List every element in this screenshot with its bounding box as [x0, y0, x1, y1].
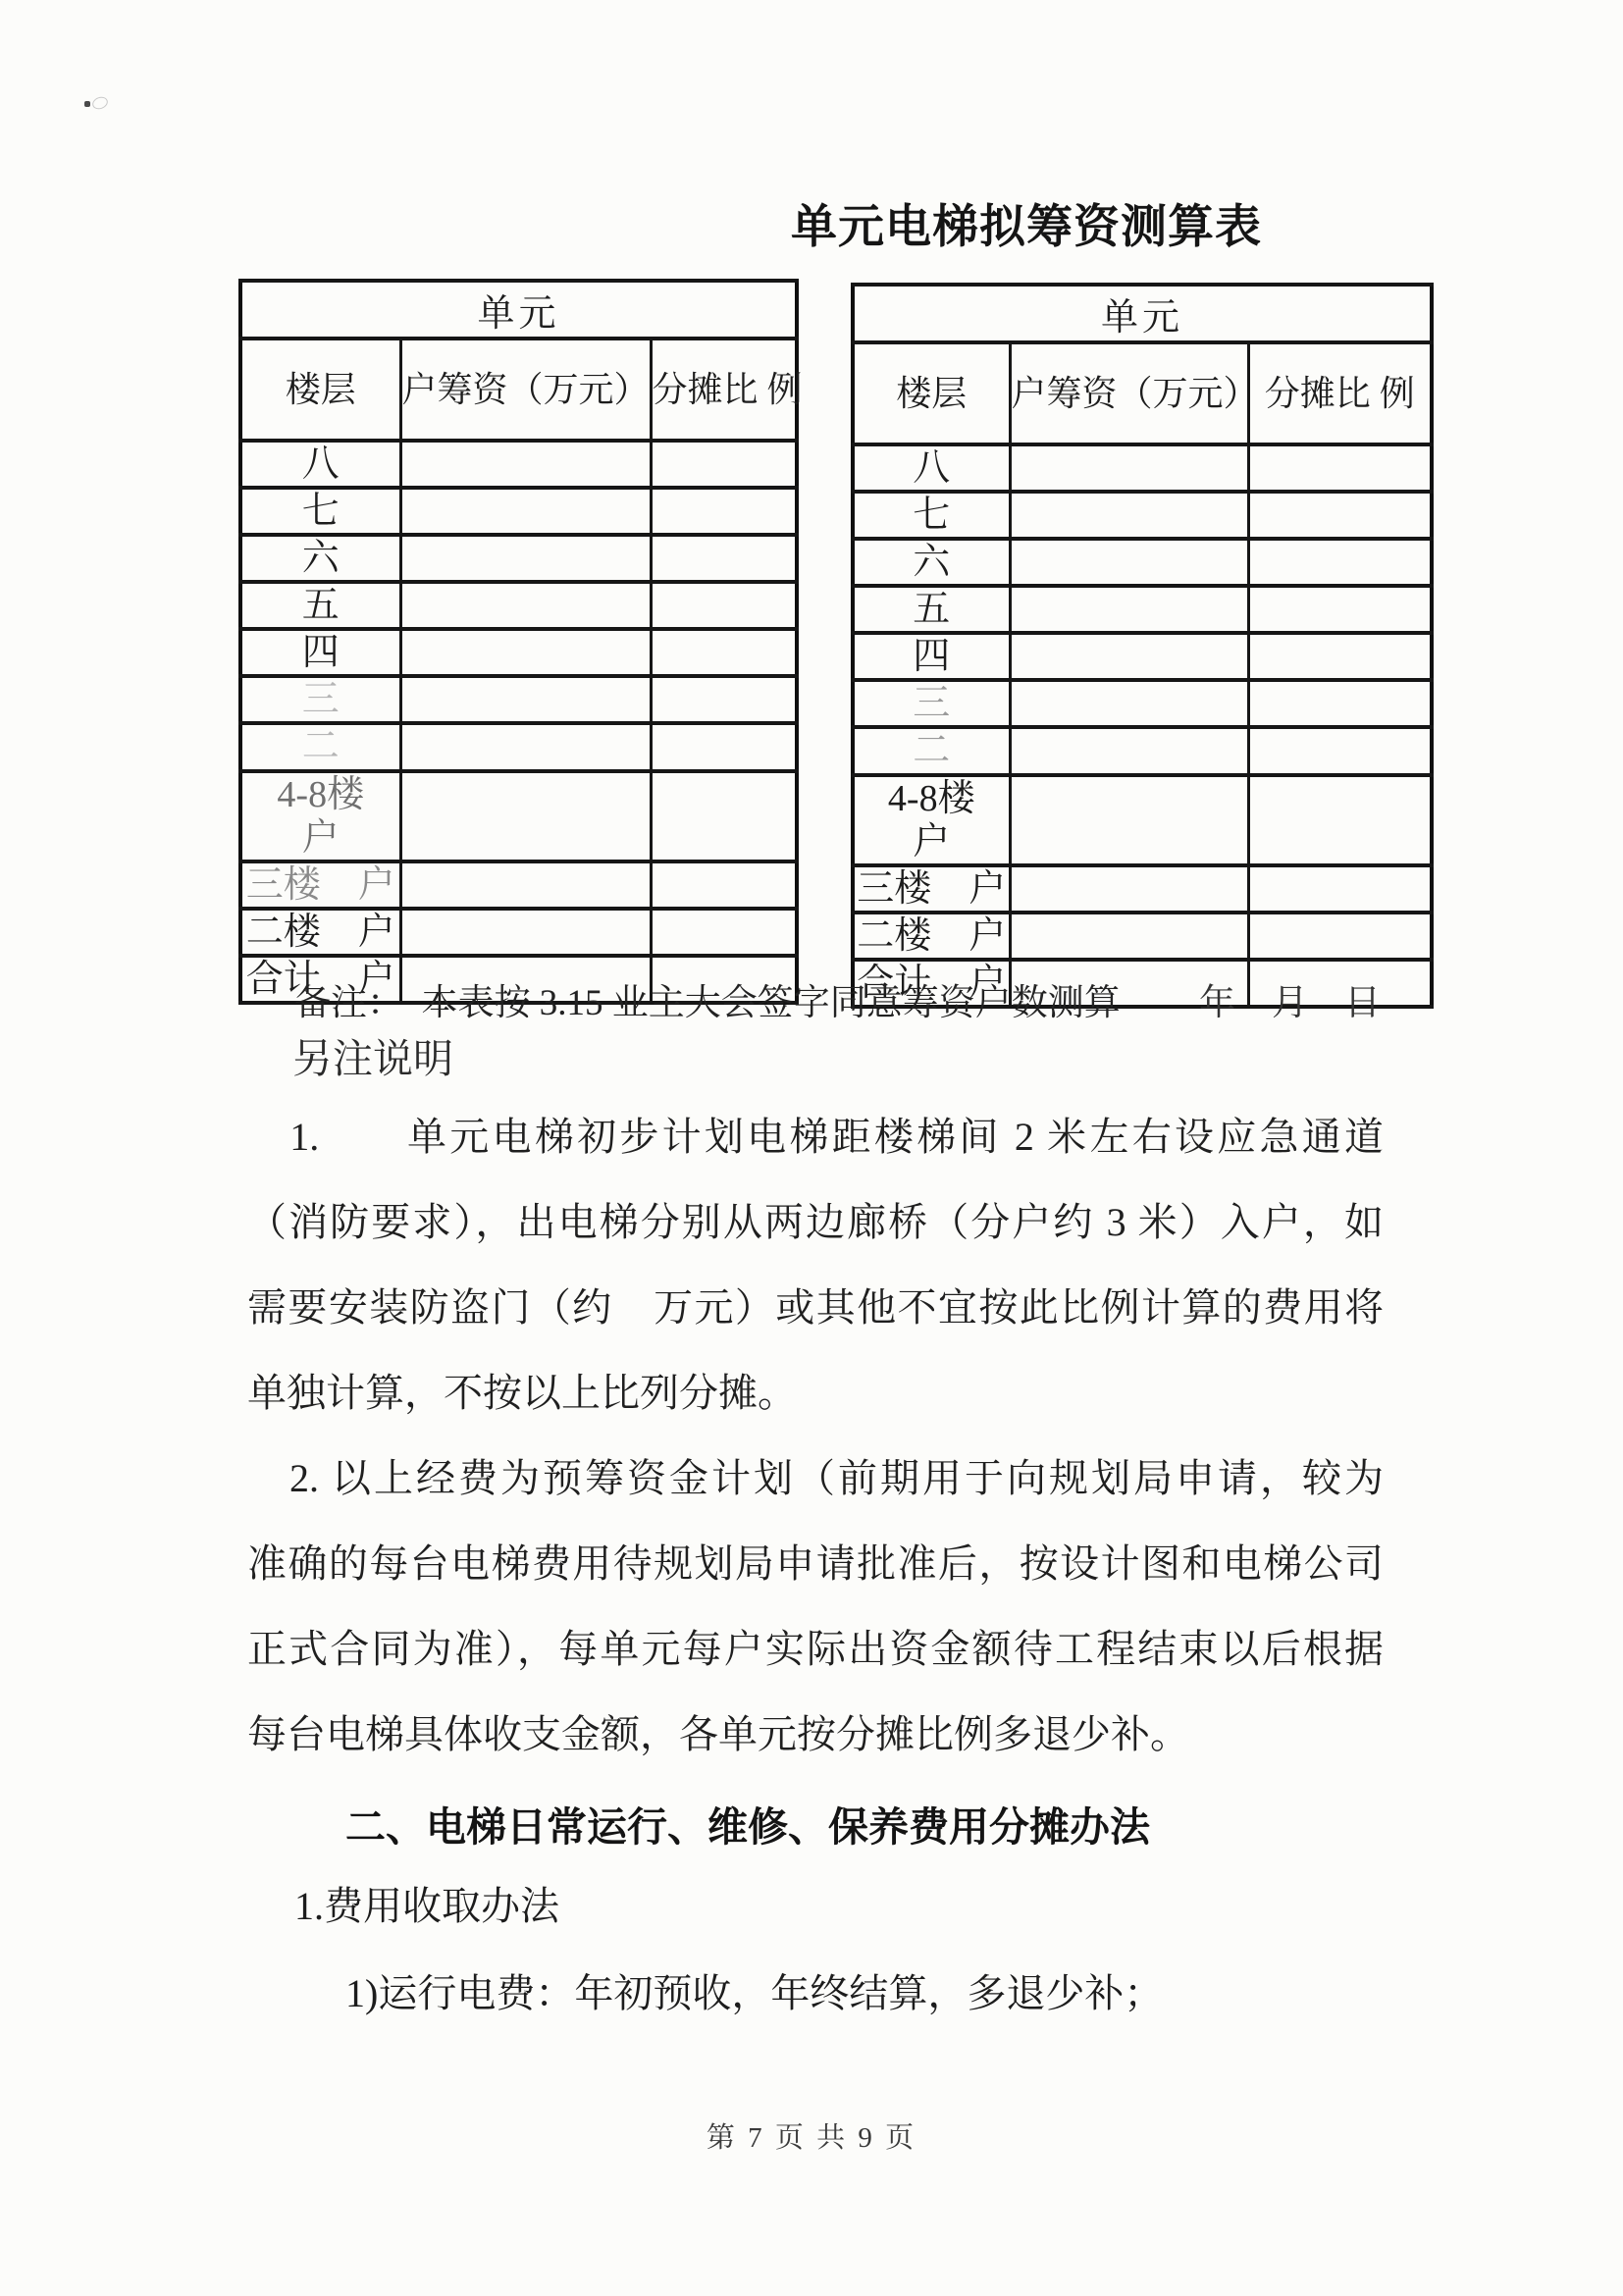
amount-cell — [400, 629, 651, 676]
ratio-cell — [651, 488, 797, 535]
floor-label-cell: 七 — [853, 492, 1010, 539]
amount-cell — [400, 441, 651, 488]
amount-cell — [400, 771, 651, 861]
electricity-fee-line: 1)运行电费：年初预收，年终结算，多退少补； — [345, 1962, 1163, 2018]
fee-collection-method-heading: 1.费用收取办法 — [294, 1875, 559, 1931]
table-row: 二 — [853, 727, 1432, 774]
amount-cell — [1010, 727, 1248, 774]
floor-label-cell: 四 — [240, 629, 400, 676]
floor-label-cell: 三 — [853, 680, 1010, 727]
floor-label-cell: 二 — [853, 727, 1010, 774]
amount-cell — [1010, 444, 1248, 492]
table-body: 八 七 六 五 四 三 — [240, 441, 797, 1003]
amount-cell — [400, 535, 651, 582]
page-title: 单元电梯拟筹资测算表 — [791, 200, 1262, 255]
table-row: 八 — [853, 444, 1432, 492]
remark-line: 备注： 本表按 3.15 业主大会签字同意筹资户数测算 — [294, 972, 1121, 1025]
amount-cell — [1010, 680, 1248, 727]
floor-label-cell: 五 — [240, 582, 400, 629]
table-row: 四 — [853, 633, 1432, 680]
amount-cell — [1010, 492, 1248, 539]
floor-label-cell: 二楼 户 — [240, 909, 400, 956]
ratio-column-header: 分摊比 例 — [1248, 342, 1432, 444]
ratio-cell — [1248, 586, 1432, 633]
table-row: 七 — [240, 488, 797, 535]
amount-cell — [1010, 539, 1248, 586]
floor-label-cell: 五 — [853, 586, 1010, 633]
document-page: 单元电梯拟筹资测算表 单元 楼层 户筹资（万元） 分摊比 例 八 七 — [0, 0, 1623, 2296]
section-2-heading: 二、电梯日常运行、维修、保养费用分摊办法 — [345, 1795, 1150, 1852]
table-row: 六 — [853, 539, 1432, 586]
amount-cell — [1010, 633, 1248, 680]
page-number: 第 7 页 共 9 页 — [0, 2115, 1623, 2156]
floor-label-cell: 二 — [240, 723, 400, 770]
floor-column-header: 楼层 — [240, 339, 400, 441]
ratio-cell — [651, 861, 797, 909]
amount-cell — [1010, 586, 1248, 633]
ratio-cell — [1248, 444, 1432, 492]
text-line: 每台电梯具体收支金额，各单元按分摊比例多退少补。 — [247, 1692, 1384, 1777]
table-row: 八 — [240, 441, 797, 488]
floor-label-cell: 4-8楼 户 — [240, 771, 400, 861]
floor-label-cell: 七 — [240, 488, 400, 535]
text-line: 1. 单元电梯初步计划电梯距楼梯间 2 米左右设应急通道 — [247, 1094, 1384, 1179]
amount-column-header: 户筹资（万元） — [400, 339, 651, 441]
unit-header-row: 单元 — [240, 281, 797, 339]
floor-label-cell: 三 — [240, 676, 400, 723]
ratio-cell — [1248, 913, 1432, 960]
note-paragraph-2: 2. 以上经费为预筹资金计划（前期用于向规划局申请，较为 准确的每台电梯费用待规… — [247, 1435, 1384, 1777]
remark-date: 年 月 日 — [1199, 972, 1381, 1025]
ratio-cell — [1248, 492, 1432, 539]
ratio-cell — [651, 771, 797, 861]
amount-cell — [400, 861, 651, 909]
table-row: 五 — [240, 582, 797, 629]
ratio-cell — [1248, 539, 1432, 586]
ratio-cell — [651, 441, 797, 488]
table-row: 二楼 户 — [853, 913, 1432, 960]
amount-column-header: 户筹资（万元） — [1010, 342, 1248, 444]
floor-label-cell: 八 — [853, 444, 1010, 492]
amount-cell — [400, 723, 651, 770]
table-row: 二 — [240, 723, 797, 770]
table-row: 4-8楼 户 — [240, 771, 797, 861]
ratio-cell — [651, 723, 797, 770]
ratio-cell — [1248, 633, 1432, 680]
ratio-cell — [651, 535, 797, 582]
fundraising-table-left: 单元 楼层 户筹资（万元） 分摊比 例 八 七 六 — [238, 279, 799, 1005]
ratio-cell — [1248, 680, 1432, 727]
ratio-cell — [651, 629, 797, 676]
text-line: 需要安装防盗门（约 万元）或其他不宜按此比例计算的费用将 — [247, 1265, 1384, 1350]
table-row: 六 — [240, 535, 797, 582]
table-row: 三 — [240, 676, 797, 723]
note-paragraph-1: 1. 单元电梯初步计划电梯距楼梯间 2 米左右设应急通道 （消防要求），出电梯分… — [247, 1094, 1384, 1435]
text-line: 单独计算，不按以上比列分摊。 — [247, 1350, 1384, 1435]
table-row: 二楼 户 — [240, 909, 797, 956]
table-row: 五 — [853, 586, 1432, 633]
fundraising-table-right: 单元 楼层 户筹资（万元） 分摊比 例 八 七 六 — [851, 283, 1434, 1009]
table-row: 4-8楼 户 — [853, 775, 1432, 865]
unit-header-cell: 单元 — [853, 285, 1432, 342]
amount-cell — [400, 909, 651, 956]
amount-cell — [400, 582, 651, 629]
ratio-cell — [1248, 727, 1432, 774]
unit-header-cell: 单元 — [240, 281, 797, 339]
text-line: 2. 以上经费为预筹资金计划（前期用于向规划局申请，较为 — [247, 1435, 1384, 1521]
floor-label-cell: 4-8楼 户 — [853, 775, 1010, 865]
floor-label-cell: 六 — [240, 535, 400, 582]
table-body: 八 七 六 五 四 三 — [853, 444, 1432, 1007]
text-line: 正式合同为准），每单元每户实际出资金额待工程结束以后根据 — [247, 1606, 1384, 1692]
ratio-cell — [651, 909, 797, 956]
amount-cell — [1010, 865, 1248, 913]
ratio-cell — [651, 582, 797, 629]
text-line: 准确的每台电梯费用待规划局申请批准后，按设计图和电梯公司 — [247, 1521, 1384, 1606]
amount-cell — [1010, 775, 1248, 865]
floor-label-cell: 三楼 户 — [853, 865, 1010, 913]
column-header-row: 楼层 户筹资（万元） 分摊比 例 — [240, 339, 797, 441]
floor-label-cell: 六 — [853, 539, 1010, 586]
floor-column-header: 楼层 — [853, 342, 1010, 444]
ratio-column-header: 分摊比 例 — [651, 339, 797, 441]
floor-label-cell: 八 — [240, 441, 400, 488]
ratio-cell — [651, 676, 797, 723]
table-row: 七 — [853, 492, 1432, 539]
table-row: 四 — [240, 629, 797, 676]
amount-cell — [1010, 913, 1248, 960]
table-row: 三 — [853, 680, 1432, 727]
scan-speck — [84, 101, 90, 107]
notes-heading: 另注说明 — [292, 1026, 453, 1084]
unit-header-row: 单元 — [853, 285, 1432, 342]
floor-label-cell: 三楼 户 — [240, 861, 400, 909]
floor-label-cell: 二楼 户 — [853, 913, 1010, 960]
column-header-row: 楼层 户筹资（万元） 分摊比 例 — [853, 342, 1432, 444]
amount-cell — [400, 676, 651, 723]
floor-label-cell: 四 — [853, 633, 1010, 680]
table-row: 三楼 户 — [853, 865, 1432, 913]
ratio-cell — [1248, 865, 1432, 913]
ratio-cell — [1248, 775, 1432, 865]
amount-cell — [400, 488, 651, 535]
text-line: （消防要求），出电梯分别从两边廊桥（分户约 3 米）入户，如 — [247, 1179, 1384, 1265]
table-row: 三楼 户 — [240, 861, 797, 909]
